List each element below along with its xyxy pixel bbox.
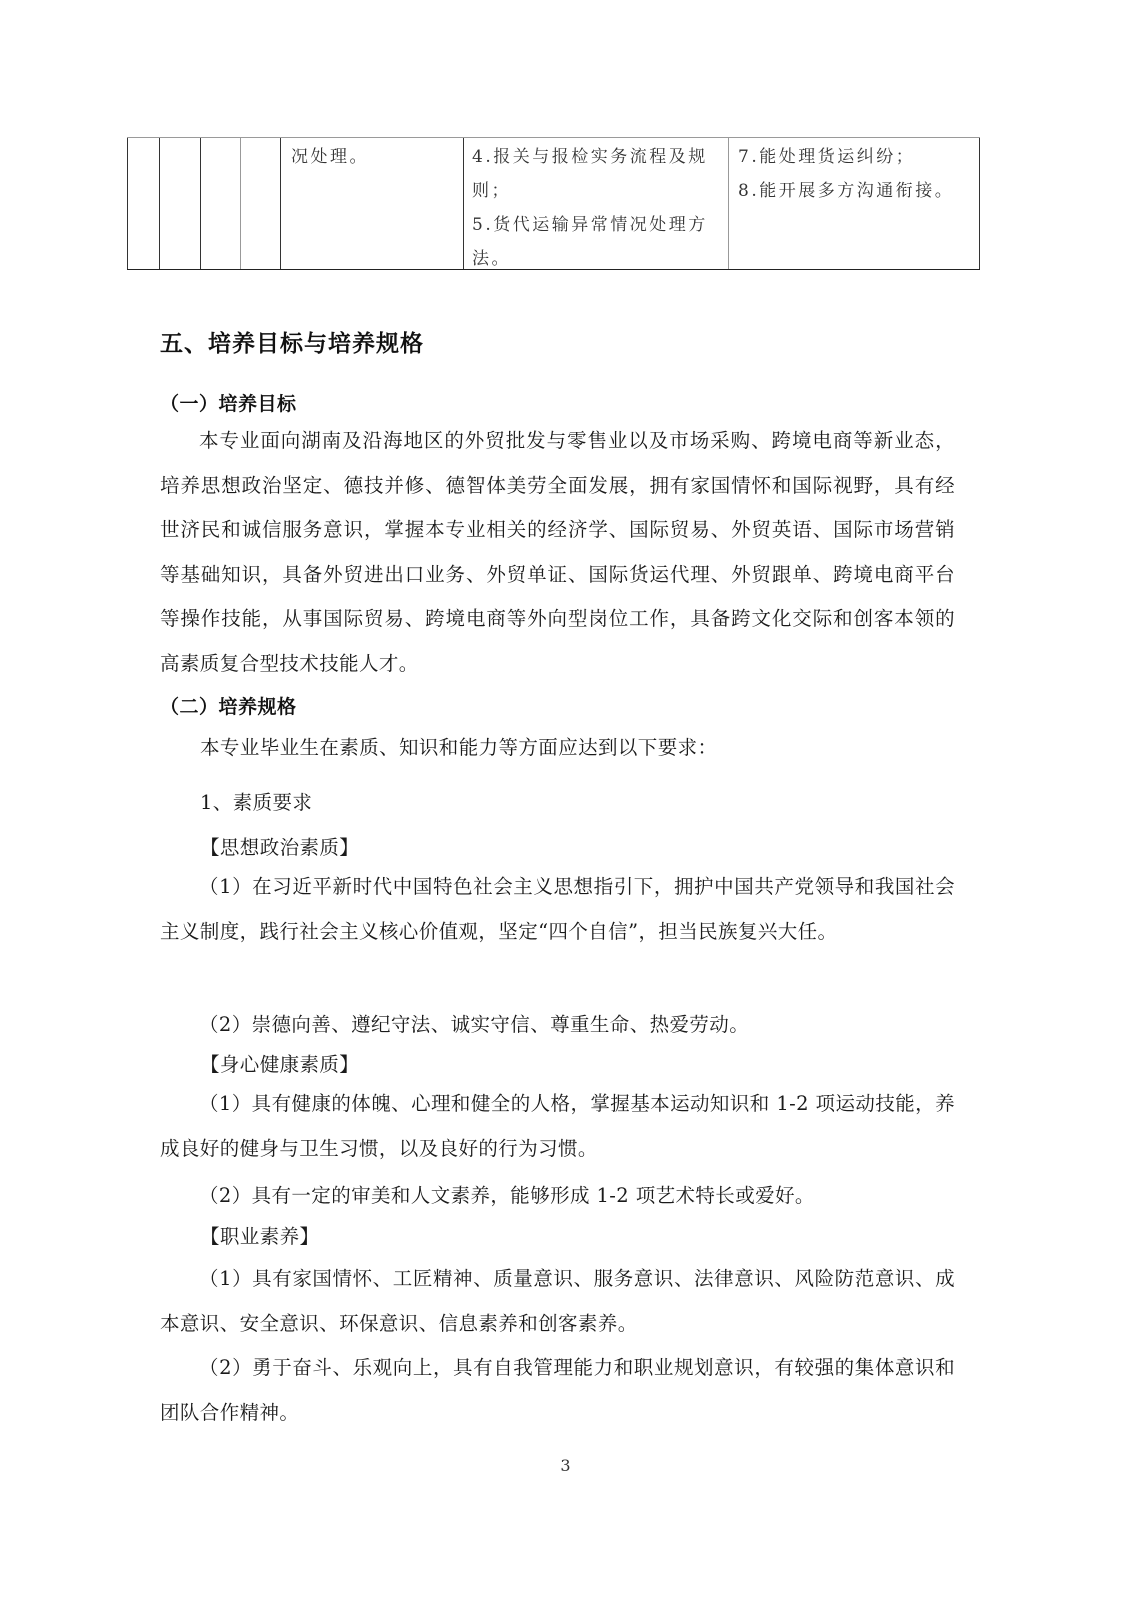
- subsection-title-goals: （一）培养目标: [160, 389, 297, 416]
- table-cell-1: [127, 138, 159, 269]
- document-page: 况处理。 4.报关与报检实务流程及规 则； 5.货代运输异常情况处理方 法。 7…: [0, 0, 1131, 1600]
- goals-paragraph: 本专业面向湖南及沿海地区的外贸批发与零售业以及市场采购、跨境电商等新业态，培养思…: [160, 419, 955, 686]
- professional-item-1: （1）具有家国情怀、工匠精神、质量意识、服务意识、法律意识、风险防范意识、成本意…: [160, 1257, 955, 1346]
- specs-intro: 本专业毕业生在素质、知识和能力等方面应达到以下要求：: [200, 733, 717, 763]
- political-item-2: （2）崇德向善、遵纪守法、诚实守信、尊重生命、热爱劳动。: [160, 1003, 955, 1048]
- table-cell-6: 4.报关与报检实务流程及规 则； 5.货代运输异常情况处理方 法。: [463, 138, 728, 269]
- table-cell-3: [200, 138, 240, 269]
- group-heading-political: 【思想政治素质】: [200, 833, 359, 863]
- page-number: 3: [0, 1456, 1131, 1475]
- table-cell-4: [240, 138, 280, 269]
- table-fragment: 况处理。 4.报关与报检实务流程及规 则； 5.货代运输异常情况处理方 法。 7…: [127, 137, 980, 270]
- table-cell-text: 况处理。: [291, 140, 369, 174]
- political-item-1: （1）在习近平新时代中国特色社会主义思想指引下，拥护中国共产党领导和我国社会主义…: [160, 865, 955, 954]
- group-heading-professional: 【职业素养】: [200, 1222, 319, 1252]
- health-item-1: （1）具有健康的体魄、心理和健全的人格，掌握基本运动知识和 1-2 项运动技能，…: [160, 1082, 955, 1171]
- table-cell-text: 7.能处理货运纠纷； 8.能开展多方沟通衔接。: [738, 140, 954, 208]
- table-cell-2: [159, 138, 200, 269]
- professional-item-2: （2）勇于奋斗、乐观向上，具有自我管理能力和职业规划意识，有较强的集体意识和团队…: [160, 1346, 955, 1435]
- health-item-2: （2）具有一定的审美和人文素养，能够形成 1-2 项艺术特长或爱好。: [160, 1174, 955, 1219]
- section-title: 五、培养目标与培养规格: [160, 325, 424, 358]
- subsection-title-specs: （二）培养规格: [160, 692, 297, 719]
- quality-requirements-title: 1、素质要求: [200, 788, 312, 818]
- group-heading-health: 【身心健康素质】: [200, 1050, 359, 1080]
- table-cell-5: 况处理。: [280, 138, 463, 269]
- table-cell-text: 4.报关与报检实务流程及规 则； 5.货代运输异常情况处理方 法。: [472, 140, 708, 276]
- table-cell-7: 7.能处理货运纠纷； 8.能开展多方沟通衔接。: [728, 138, 980, 269]
